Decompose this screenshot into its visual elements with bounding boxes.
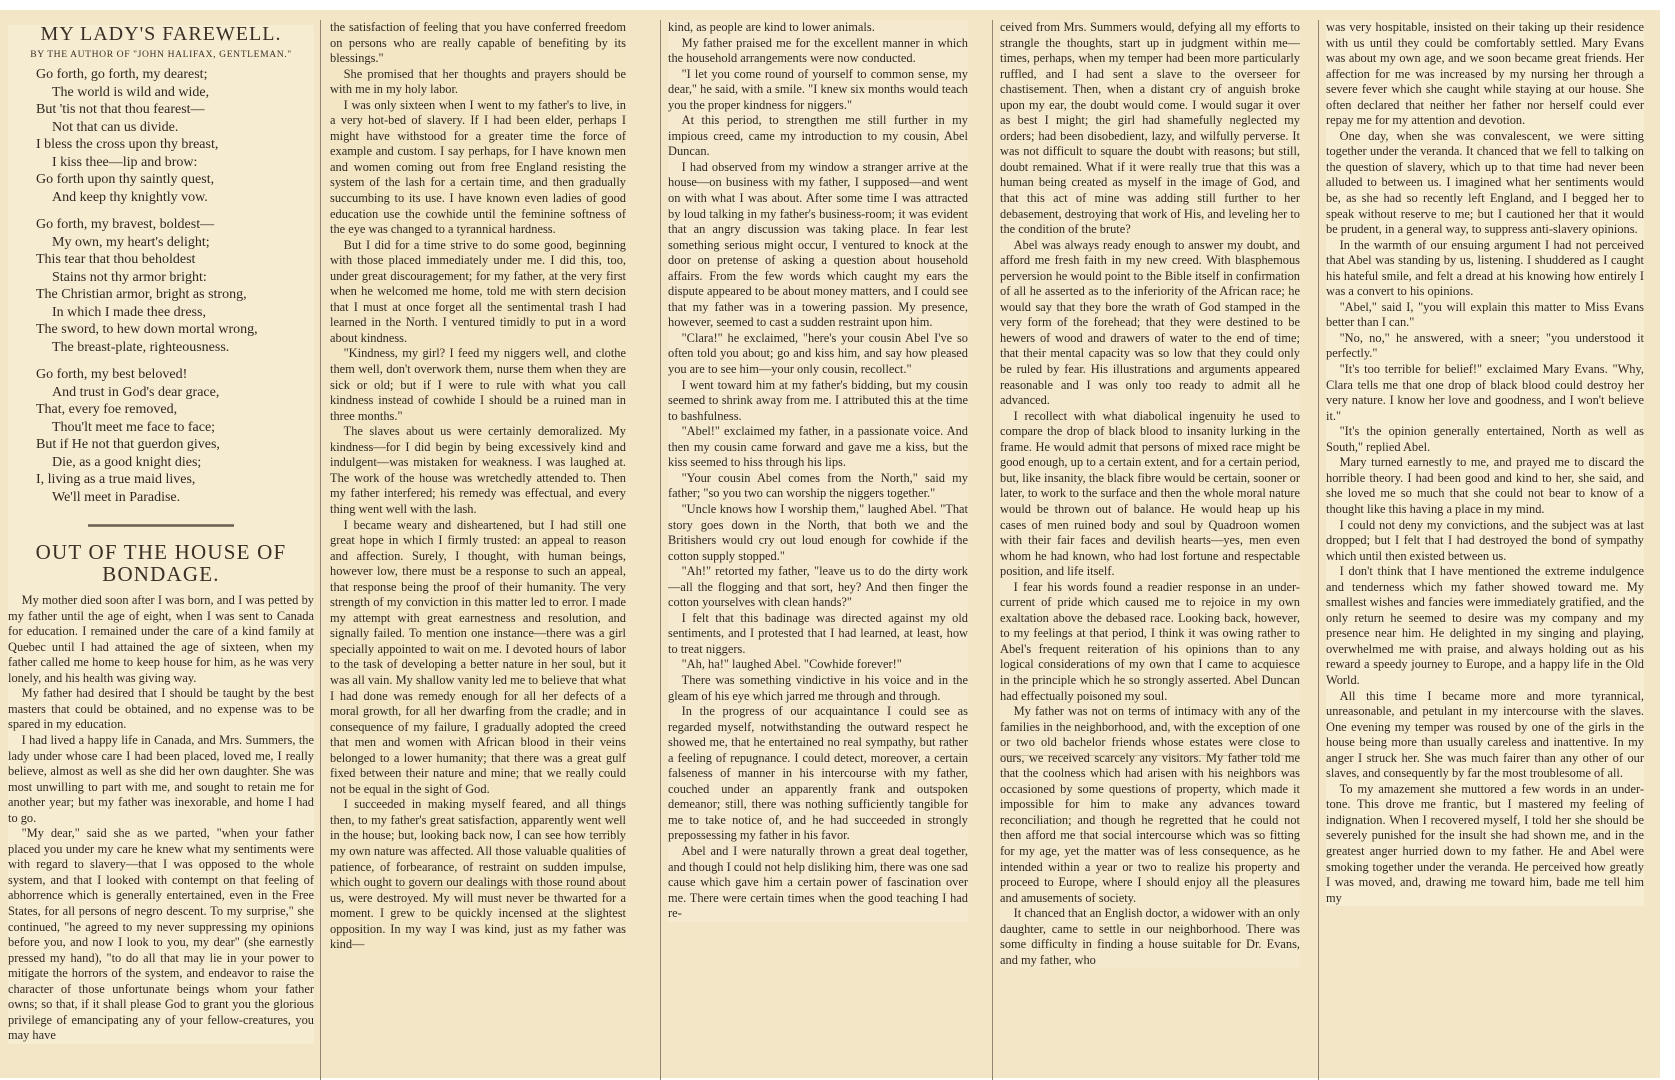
column-2: the satisfaction of feeling that you hav… — [330, 20, 626, 953]
column-rule — [320, 20, 321, 1080]
paragraph: But I did for a time strive to do some g… — [330, 238, 626, 347]
paragraph: Mary turned earnestly to me, and prayed … — [1326, 455, 1644, 517]
poem-line: This tear that thou beholdest — [36, 251, 314, 269]
column-4: ceived from Mrs. Summers would, defying … — [1000, 20, 1300, 968]
paragraph: "Abel," said I, "you will explain this m… — [1326, 300, 1644, 331]
newspaper-clipping: MY LADY'S FAREWELL. BY THE AUTHOR OF "JO… — [0, 10, 1660, 1078]
paragraph: I recollect with what diabolical ingenui… — [1000, 409, 1300, 580]
paragraph: was very hospitable, insisted on their t… — [1326, 20, 1644, 129]
poem-line: We'll meet in Paradise. — [36, 489, 314, 507]
poem-stanza-3: Go forth, my best beloved! And trust in … — [36, 366, 314, 506]
paragraph: My mother died soon after I was born, an… — [8, 593, 314, 686]
paragraph: ceived from Mrs. Summers would, defying … — [1000, 20, 1300, 238]
paragraph: kind, as people are kind to lower animal… — [668, 20, 968, 36]
poem-line: I kiss thee—lip and brow: — [36, 154, 314, 172]
column-1: MY LADY'S FAREWELL. BY THE AUTHOR OF "JO… — [8, 25, 314, 1044]
poem-line: The breast-plate, righteousness. — [36, 339, 314, 357]
poem-stanza-1: Go forth, go forth, my dearest; The worl… — [36, 66, 314, 206]
paragraph: I had lived a happy life in Canada, and … — [8, 733, 314, 826]
poem-line: Not that can us divide. — [36, 119, 314, 137]
poem-line: But 'tis not that thou fearest— — [36, 101, 314, 119]
story-title: OUT OF THE HOUSE OF BONDAGE. — [8, 541, 314, 585]
paragraph: I don't think that I have mentioned the … — [1326, 564, 1644, 688]
paragraph: "It's too terrible for belief!" exclaime… — [1326, 362, 1644, 424]
paragraph: My father was not on terms of intimacy w… — [1000, 704, 1300, 906]
paragraph: My father had desired that I should be t… — [8, 686, 314, 733]
poem-line: The world is wild and wide, — [36, 84, 314, 102]
section-divider — [88, 524, 234, 527]
paragraph: "No, no," he answered, with a sneer; "yo… — [1326, 331, 1644, 362]
paragraph: I succeeded in making myself feared, and… — [330, 797, 626, 952]
poem-line: But if He not that guerdon gives, — [36, 436, 314, 454]
paragraph: I became weary and disheartened, but I h… — [330, 518, 626, 798]
column-3: kind, as people are kind to lower animal… — [668, 20, 968, 922]
paragraph: I could not deny my convictions, and the… — [1326, 518, 1644, 565]
paragraph: It chanced that an English doctor, a wid… — [1000, 906, 1300, 968]
poem-title: MY LADY'S FAREWELL. — [8, 27, 314, 43]
paragraph: I was only sixteen when I went to my fat… — [330, 98, 626, 238]
poem-line: Go forth upon thy saintly quest, — [36, 171, 314, 189]
paragraph: "It's the opinion generally entertained,… — [1326, 424, 1644, 455]
poem-line: Go forth, my bravest, boldest— — [36, 216, 314, 234]
paper-fold — [1000, 755, 1300, 756]
paragraph: There was something vindictive in his vo… — [668, 673, 968, 704]
paragraph: At this period, to strengthen me still f… — [668, 113, 968, 160]
paragraph: My father praised me for the excellent m… — [668, 36, 968, 67]
paragraph: She promised that her thoughts and praye… — [330, 67, 626, 98]
paragraph: "Kindness, my girl? I feed my niggers we… — [330, 346, 626, 424]
poem-stanza-2: Go forth, my bravest, boldest— My own, m… — [36, 216, 314, 356]
paragraph: All this time I became more and more tyr… — [1326, 689, 1644, 782]
paragraph: "Ah!" retorted my father, "leave us to d… — [668, 564, 968, 611]
paper-fold — [330, 888, 626, 889]
paragraph: "Abel!" exclaimed my father, in a passio… — [668, 424, 968, 471]
paragraph: I went toward him at my father's bidding… — [668, 378, 968, 425]
poem-byline: BY THE AUTHOR OF "JOHN HALIFAX, GENTLEMA… — [8, 47, 314, 63]
paragraph: the satisfaction of feeling that you hav… — [330, 20, 626, 67]
paragraph: Abel was always ready enough to answer m… — [1000, 238, 1300, 409]
poem-line: And keep thy knightly vow. — [36, 189, 314, 207]
paragraph: In the warmth of our ensuing argument I … — [1326, 238, 1644, 300]
poem-line: Thou'lt meet me face to face; — [36, 419, 314, 437]
poem-line: Stains not thy armor bright: — [36, 269, 314, 287]
column-rule — [1318, 20, 1319, 1080]
poem-line: In which I made thee dress, — [36, 304, 314, 322]
column-rule — [660, 20, 661, 1080]
paragraph: Abel and I were naturally thrown a great… — [668, 844, 968, 922]
column-rule — [992, 20, 993, 1080]
poem-line: That, every foe removed, — [36, 401, 314, 419]
poem-line: Go forth, go forth, my dearest; — [36, 66, 314, 84]
paragraph: I felt that this badinage was directed a… — [668, 611, 968, 658]
poem-line: And trust in God's dear grace, — [36, 384, 314, 402]
poem-line: I bless the cross upon thy breast, — [36, 136, 314, 154]
column-5: was very hospitable, insisted on their t… — [1326, 20, 1644, 906]
paragraph: One day, when she was convalescent, we w… — [1326, 129, 1644, 238]
paragraph: To my amazement she muttored a few words… — [1326, 782, 1644, 906]
paragraph: "I let you come round of yourself to com… — [668, 67, 968, 114]
paragraph: "Ah, ha!" laughed Abel. "Cowhide forever… — [668, 657, 968, 673]
paragraph: "My dear," said she as we parted, "when … — [8, 826, 314, 1044]
poem-line: My own, my heart's delight; — [36, 234, 314, 252]
paragraph: "Uncle knows how I worship them," laughe… — [668, 502, 968, 564]
poem-line: Die, as a good knight dies; — [36, 454, 314, 472]
poem-line: The sword, to hew down mortal wrong, — [36, 321, 314, 339]
paragraph: I fear his words found a readier respons… — [1000, 580, 1300, 704]
poem-line: I, living as a true maid lives, — [36, 471, 314, 489]
poem-line: The Christian armor, bright as strong, — [36, 286, 314, 304]
paragraph: The slaves about us were certainly demor… — [330, 424, 626, 517]
paragraph: In the progress of our acquaintance I co… — [668, 704, 968, 844]
paragraph: "Your cousin Abel comes from the North,"… — [668, 471, 968, 502]
paragraph: "Clara!" he exclaimed, "here's your cous… — [668, 331, 968, 378]
paragraph: I had observed from my window a stranger… — [668, 160, 968, 331]
poem-line: Go forth, my best beloved! — [36, 366, 314, 384]
